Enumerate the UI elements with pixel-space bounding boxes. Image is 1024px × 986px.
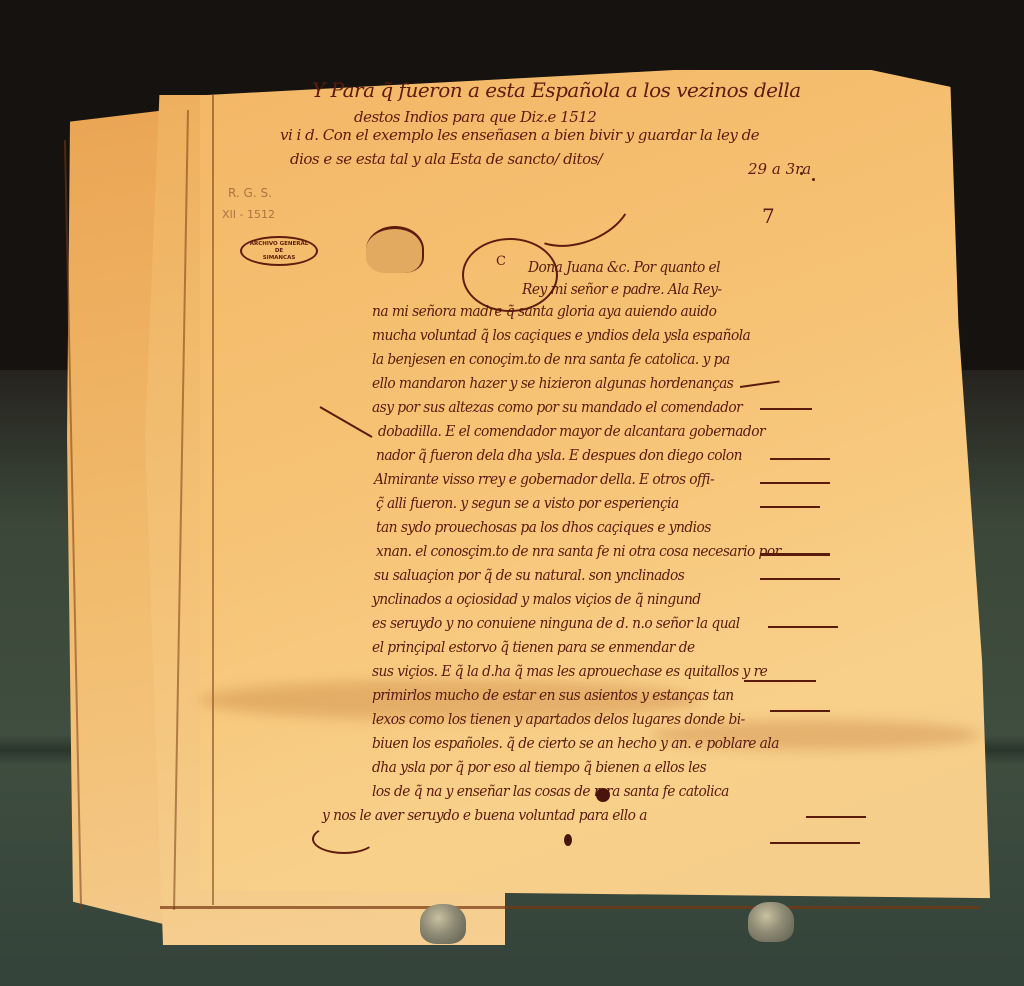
body-line: es seruydo y no conuiene ninguna de d. n… bbox=[372, 614, 740, 632]
body-line: ç̃ alli fueron. y segun se a visto por e… bbox=[376, 494, 679, 512]
body-line: Dona Juana &c. Por quanto el bbox=[528, 258, 720, 276]
stamp-line-3: SIMANCAS bbox=[263, 255, 296, 262]
body-line: dha ysla por q̃ por eso al tiempo q̃ bie… bbox=[372, 758, 706, 776]
body-line: asy por sus altezas como por su mandado … bbox=[372, 398, 742, 416]
folio-note: 29 a 3ra bbox=[748, 160, 811, 178]
display-support-left bbox=[420, 904, 466, 944]
line-end-stroke bbox=[744, 680, 816, 682]
body-line: Rey mi señor e padre. Ala Rey- bbox=[522, 280, 721, 298]
bottom-edge-wear bbox=[160, 906, 980, 909]
pencil-reference-line-2: XII - 1512 bbox=[222, 208, 275, 221]
dot bbox=[812, 178, 815, 181]
body-line: ello mandaron hazer y se hizieron alguna… bbox=[372, 374, 733, 392]
line-end-stroke bbox=[768, 626, 838, 628]
body-line: Almirante visso rrey e gobernador della.… bbox=[374, 470, 714, 488]
folio-number: 7 bbox=[762, 204, 775, 228]
display-support-right bbox=[748, 902, 794, 942]
body-line: dobadilla. E el comendador mayor de alca… bbox=[378, 422, 765, 440]
stamp-line-1: ARCHIVO GENERAL bbox=[250, 241, 309, 248]
body-line: mucha voluntad q̃ los caçiques e yndios … bbox=[372, 326, 750, 344]
body-line: nador q̃ fueron dela dha ysla. E despues… bbox=[376, 446, 742, 464]
body-line: sus viçios. E q̃ la d.ha q̃ mas les apro… bbox=[372, 662, 767, 680]
line-end-stroke bbox=[770, 842, 860, 844]
margin-rule-main bbox=[212, 95, 214, 905]
body-line: xnan. el conosçim.to de nra santa fe ni … bbox=[376, 542, 781, 560]
ink-blot bbox=[596, 788, 610, 802]
body-line: los de q̃ na y enseñar las cosas de n.ra… bbox=[372, 782, 729, 800]
header-note-line-4: dios e se esta tal y ala Esta de sancto/… bbox=[290, 150, 602, 168]
line-end-stroke bbox=[770, 710, 830, 712]
line-end-stroke bbox=[760, 506, 820, 508]
body-line: biuen los españoles. q̃ de cierto se an … bbox=[372, 734, 779, 752]
line-end-stroke bbox=[760, 482, 830, 484]
body-line: primirlos mucho de estar en sus asientos… bbox=[372, 686, 734, 704]
body-line: y nos le aver seruydo e buena voluntad p… bbox=[322, 806, 647, 824]
line-end-stroke bbox=[806, 816, 866, 818]
archive-stamp: ARCHIVO GENERAL DE SIMANCAS bbox=[240, 236, 318, 266]
body-line: lexos como los tienen y apartados delos … bbox=[372, 710, 745, 728]
line-end-stroke bbox=[760, 578, 840, 580]
line-end-stroke bbox=[760, 408, 812, 410]
header-note-line-2: destos Indios para que Diz.e 1512 bbox=[354, 108, 596, 126]
dot bbox=[800, 172, 803, 175]
initial-letter: C bbox=[496, 254, 506, 269]
body-line: el prinçipal estorvo q̃ tienen para se e… bbox=[372, 638, 695, 656]
body-line: la benjesen en conoçim.to de nra santa f… bbox=[372, 350, 730, 368]
header-note-line-1: Y Para q̃ fueron a esta Española a los v… bbox=[312, 78, 801, 102]
body-line: tan sydo prouechosas pa los dhos caçique… bbox=[376, 518, 711, 536]
pencil-reference-line-1: R. G. S. bbox=[228, 186, 272, 200]
stamp-line-2: DE bbox=[275, 248, 283, 255]
line-end-stroke bbox=[760, 553, 830, 556]
header-note-line-3: vi i d. Con el exemplo les enseñasen a b… bbox=[280, 126, 759, 144]
ink-blot bbox=[564, 834, 572, 846]
line-end-stroke bbox=[770, 458, 830, 460]
body-line: na mi señora madre q̃ santa gloria aya a… bbox=[372, 302, 716, 320]
body-line: su saluaçion por q̃ de su natural. son y… bbox=[374, 566, 684, 584]
ink-sketch bbox=[366, 226, 424, 273]
closing-flourish bbox=[312, 824, 376, 854]
body-line: ynclinados a oçiosidad y malos viçios de… bbox=[372, 590, 701, 608]
